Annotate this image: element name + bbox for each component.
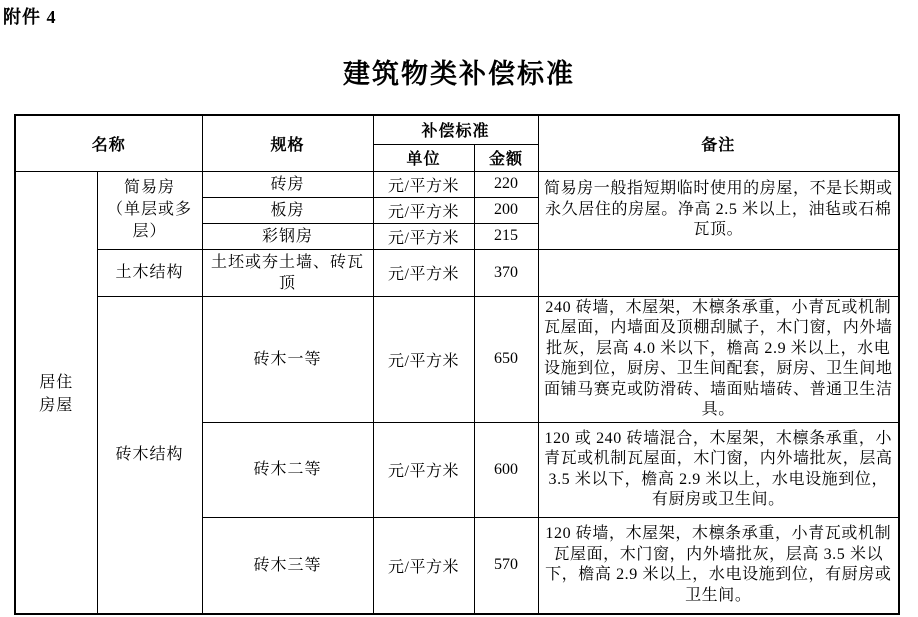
header-amount: 金额 [474,144,538,171]
unit-cell: 元/平方米 [373,249,474,296]
group-cell: 砖木结构 [97,296,202,614]
compensation-table: 名称 规格 补偿标准 备注 单位 金额 居住 房屋 简易房 （单层或多层） 砖房… [14,114,900,615]
remark-cell: 120 或 240 砖墙混合，木屋架，木檩条承重，小青瓦或机制瓦屋面，木门窗，内… [538,422,899,517]
remark-cell: 120 砖墙，木屋架，木檩条承重，小青瓦或机制瓦屋面，木门窗，内外墙批灰，层高 … [538,517,899,614]
header-row-1: 名称 规格 补偿标准 备注 [15,115,899,144]
amount-cell: 220 [474,171,538,197]
spec-cell: 砖木三等 [202,517,373,614]
amount-cell: 200 [474,197,538,223]
spec-cell: 板房 [202,197,373,223]
amount-cell: 650 [474,296,538,422]
amount-cell: 570 [474,517,538,614]
header-standard: 补偿标准 [373,115,538,144]
remark-cell [538,249,899,296]
spec-cell: 砖房 [202,171,373,197]
amount-cell: 600 [474,422,538,517]
attachment-label: 附件 4 [3,3,57,29]
group-cell: 土木结构 [97,249,202,296]
spec-cell: 土坯或夯土墙、砖瓦顶 [202,249,373,296]
table-row: 居住 房屋 简易房 （单层或多层） 砖房 元/平方米 220 简易房一般指短期临… [15,171,899,197]
unit-cell: 元/平方米 [373,223,474,249]
unit-cell: 元/平方米 [373,171,474,197]
table-row: 砖木结构 砖木一等 元/平方米 650 240 砖墙，木屋架，木檩条承重，小青瓦… [15,296,899,422]
table-row: 土木结构 土坯或夯土墙、砖瓦顶 元/平方米 370 [15,249,899,296]
category-cell: 居住 房屋 [15,171,97,614]
spec-cell: 砖木二等 [202,422,373,517]
page-title: 建筑物类补偿标准 [0,52,918,91]
document-page: 附件 4 建筑物类补偿标准 名称 规格 补偿标准 备注 单位 金额 居住 房屋 [0,0,918,617]
header-unit: 单位 [373,144,474,171]
header-remark: 备注 [538,115,899,171]
spec-cell: 彩钢房 [202,223,373,249]
unit-cell: 元/平方米 [373,197,474,223]
amount-cell: 215 [474,223,538,249]
remark-cell: 简易房一般指短期临时使用的房屋，不是长期或永久居住的房屋。净高 2.5 米以上，… [538,171,899,249]
unit-cell: 元/平方米 [373,517,474,614]
amount-cell: 370 [474,249,538,296]
header-name: 名称 [15,115,202,171]
group-cell: 简易房 （单层或多层） [97,171,202,249]
header-spec: 规格 [202,115,373,171]
remark-cell: 240 砖墙，木屋架，木檩条承重，小青瓦或机制瓦屋面，内墙面及顶棚刮腻子，木门窗… [538,296,899,422]
spec-cell: 砖木一等 [202,296,373,422]
unit-cell: 元/平方米 [373,296,474,422]
unit-cell: 元/平方米 [373,422,474,517]
